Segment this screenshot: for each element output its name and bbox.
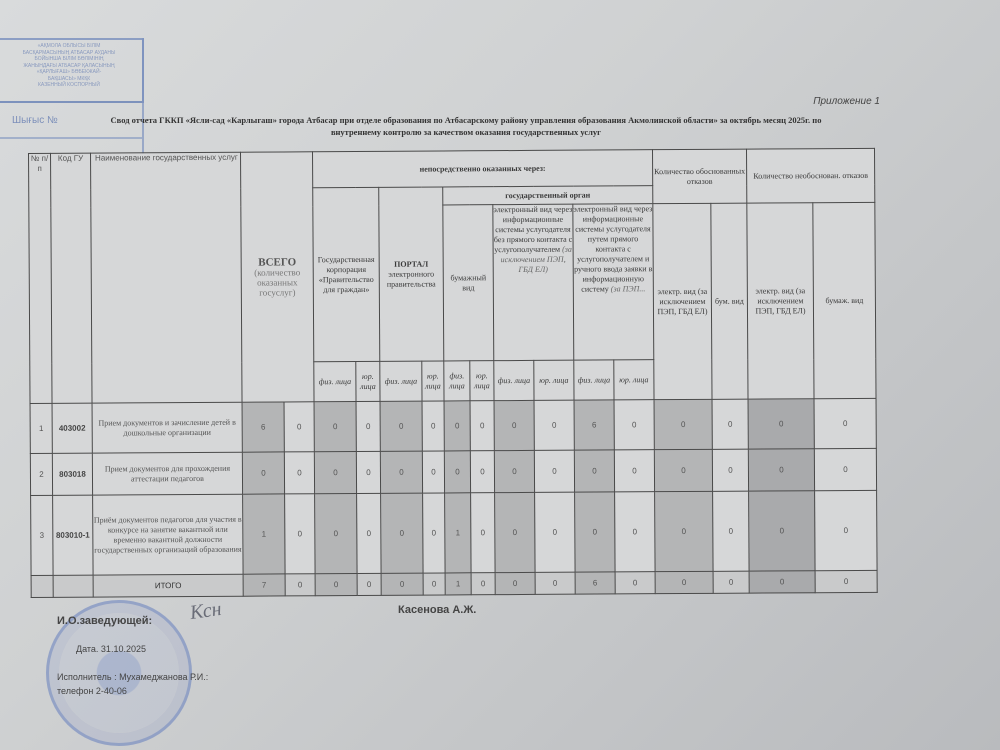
cell: 0 (284, 402, 314, 452)
header-total: ВСЕГО (количество оказанных госуслуг) (240, 152, 314, 402)
row-code: 403002 (52, 403, 92, 453)
report-table: № п/п Код ГУ Наименование государственны… (28, 148, 878, 598)
appendix-label: Приложение 1 (813, 96, 880, 107)
header-electronic-no-contact-main: электронный вид через информационные сис… (493, 205, 572, 254)
cell: 0 (444, 451, 470, 493)
cell: 0 (534, 450, 574, 492)
cell: 0 (494, 450, 534, 492)
organization-stamp: «АҚМОЛА ОБЛЫСЫ БІЛІМ БАСҚАРМАСЫНЫҢ АТБАС… (0, 38, 144, 103)
table-row: 3 803010-1 Приём документов педагогов дл… (31, 490, 877, 575)
row-service-name: Приём документов педагогов для участия в… (93, 494, 243, 575)
cell: 0 (654, 399, 712, 449)
total-row: ИТОГО 7 0 0 0 0 0 1 0 0 0 6 0 0 0 0 0 (31, 570, 877, 597)
total-cell: 0 (471, 573, 495, 595)
cell: 0 (470, 451, 494, 493)
cell: 0 (356, 451, 380, 493)
header-service-name: Наименование государственных услуг (91, 152, 243, 403)
total-empty (53, 575, 93, 597)
cell: 0 (814, 398, 876, 448)
row-index: 2 (30, 453, 52, 495)
subheader-phys: физ. лица (444, 361, 470, 401)
total-cell: 0 (815, 570, 877, 592)
row-index: 3 (31, 495, 53, 575)
subheader-jur: юр. лица (614, 360, 654, 400)
handwritten-signature: Ксн (189, 598, 223, 625)
cell: 0 (356, 401, 380, 451)
header-electronic-contact-main: электронный вид через информационные сис… (573, 204, 652, 293)
cell: 0 (423, 493, 445, 573)
cell: 0 (655, 491, 713, 571)
header-justified-paper: бум. вид (711, 203, 748, 399)
title-line-1: Свод отчета ГККП «Ясли-сад «Карлыгаш» го… (46, 114, 886, 126)
phone: телефон 2-40-06 (57, 686, 127, 696)
header-electronic-contact-note: (за ПЭП... (611, 284, 646, 293)
cell: 0 (748, 399, 814, 449)
header-unjustified-paper: бумаж. вид (813, 202, 876, 398)
header-unjustified-refusals: Количество необоснован. отказов (746, 148, 874, 203)
cell: 0 (471, 493, 495, 573)
header-paper: бумажный вид (443, 205, 494, 361)
total-cell: 0 (285, 574, 315, 596)
acting-head-label: И.О.заведующей: (57, 615, 152, 627)
cell: 0 (654, 449, 712, 491)
signer-name: Касенова А.Ж. (398, 604, 476, 616)
cell: 0 (814, 448, 876, 490)
header-justified-refusals: Количество обоснованных отказов (652, 149, 746, 204)
total-cell: 0 (423, 573, 445, 595)
row-code: 803018 (52, 453, 92, 495)
cell: 0 (614, 400, 654, 450)
header-electronic-contact: электронный вид через информационные сис… (573, 204, 654, 360)
cell: 0 (422, 401, 444, 451)
subheader-jur: юр. лица (534, 360, 574, 400)
header-num: № п/п (29, 153, 53, 403)
total-empty (31, 575, 53, 597)
title-line-2: внутреннему контролю за качеством оказан… (46, 126, 886, 138)
cell: 0 (495, 492, 535, 572)
cell: 0 (285, 494, 315, 574)
cell: 0 (494, 400, 534, 450)
subheader-phys: физ. лица (574, 360, 614, 400)
header-gov-corporation: Государственная корпорация «Правительств… (313, 187, 380, 361)
cell: 0 (315, 493, 357, 573)
cell: 0 (314, 451, 356, 493)
header-portal: ПОРТАЛ электронного правительства (379, 187, 444, 361)
cell: 0 (712, 449, 748, 491)
cell: 0 (381, 493, 423, 573)
header-electronic-no-contact: электронный вид через информационные сис… (493, 204, 574, 360)
cell: 0 (574, 450, 614, 492)
cell: 1 (445, 493, 471, 573)
total-cell: 0 (713, 571, 749, 593)
document-title: Свод отчета ГККП «Ясли-сад «Карлыгаш» го… (46, 114, 886, 138)
header-gov-body: государственный орган (443, 186, 653, 205)
row-index: 1 (30, 403, 52, 453)
table-row: 1 403002 Прием документов и зачисление д… (30, 398, 876, 453)
cell: 1 (243, 494, 285, 574)
total-cell: 0 (615, 572, 655, 594)
cell: 0 (284, 452, 314, 494)
stamp-line: КАЗЕННЫЙ КОСПОРНЫЙ (0, 82, 142, 89)
total-cell: 0 (381, 573, 423, 595)
total-cell: 7 (243, 574, 285, 596)
cell: 0 (575, 492, 615, 572)
total-cell: 0 (357, 573, 381, 595)
total-cell: 0 (315, 573, 357, 595)
header-total-main: ВСЕГО (242, 257, 313, 267)
cell: 0 (380, 401, 422, 451)
total-cell: 0 (495, 572, 535, 594)
cell: 0 (357, 493, 381, 573)
cell: 0 (535, 492, 575, 572)
total-cell: 1 (445, 573, 471, 595)
header-justified-electronic: электр. вид (за исключением ПЭП, ГБД ЕЛ) (653, 203, 712, 399)
cell: 0 (712, 399, 748, 449)
subheader-phys: физ. лица (314, 362, 356, 402)
subheader-phys: физ. лица (380, 361, 422, 401)
row-service-name: Прием документов для прохождения аттеста… (92, 452, 242, 495)
header-unjustified-electronic: электр. вид (за исключением ПЭП, ГБД ЕЛ) (747, 203, 814, 399)
cell: 0 (749, 491, 815, 571)
total-label: ИТОГО (93, 574, 243, 597)
total-cell: 0 (535, 572, 575, 594)
subheader-jur: юр. лица (422, 361, 444, 401)
row-code: 803010-1 (53, 495, 93, 575)
cell: 0 (815, 490, 877, 570)
cell: 0 (242, 452, 284, 494)
cell: 0 (470, 401, 494, 451)
cell: 0 (748, 449, 814, 491)
total-cell: 0 (655, 571, 713, 593)
header-portal-main: ПОРТАЛ (380, 259, 443, 269)
cell: 0 (713, 491, 749, 571)
total-cell: 6 (575, 572, 615, 594)
subheader-jur: юр. лица (356, 361, 380, 401)
cell: 0 (314, 402, 356, 452)
table-row: 2 803018 Прием документов для прохождени… (30, 448, 876, 495)
cell: 0 (422, 451, 444, 493)
row-service-name: Прием документов и зачисление детей в до… (92, 402, 242, 453)
cell: 0 (534, 400, 574, 450)
cell: 0 (614, 450, 654, 492)
cell: 0 (444, 401, 470, 451)
cell: 0 (615, 492, 655, 572)
header-portal-sub: электронного правительства (380, 269, 443, 289)
header-direct: непосредственно оказанных через: (312, 150, 652, 188)
header-code: Код ГУ (51, 153, 93, 403)
header-total-sub: (количество оказанных госуслуг) (242, 267, 313, 297)
subheader-phys: физ. лица (494, 360, 534, 400)
subheader-jur: юр. лица (470, 361, 494, 401)
total-cell: 0 (749, 571, 815, 593)
report-date: Дата. 31.10.2025 (76, 644, 146, 654)
cell: 0 (380, 451, 422, 493)
cell: 6 (242, 402, 284, 452)
cell: 6 (574, 400, 614, 450)
executor: Исполнитель : Мухамеджанова Р.И.: (57, 672, 208, 682)
